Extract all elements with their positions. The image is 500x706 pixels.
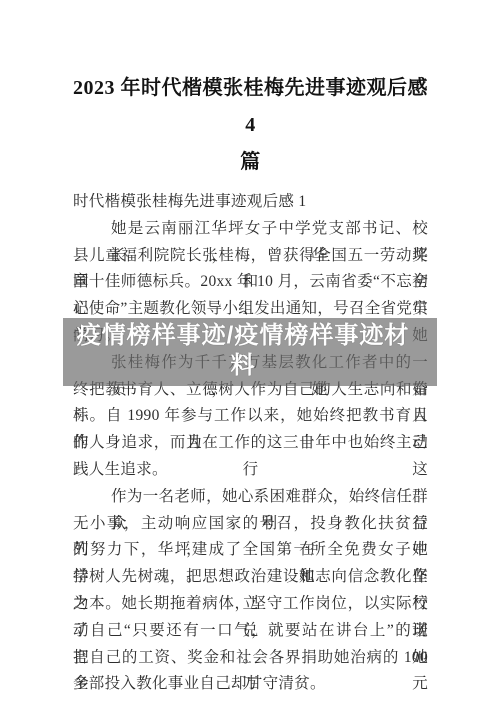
page: 2023 年时代楷模张桂梅先进事迹观后感 4 篇 时代楷模张桂梅先进事迹观后感 … bbox=[0, 0, 500, 706]
body-line: 把自己的工资、奖金和社会各界捐助她治病的 100 多万元 bbox=[73, 645, 428, 672]
body-line: 的努力下，华坪建成了全国第一所全免费女子中学。她坚 bbox=[73, 537, 428, 564]
document-title: 2023 年时代楷模张桂梅先进事迹观后感 4 篇 bbox=[73, 70, 428, 181]
body-line: 县儿童福利院院长张桂梅，曾获得全国五一劳动奖章和全 bbox=[73, 243, 428, 270]
body-line: 标。自 1990 年参与工作以来，她始终把教书育人作为自己 bbox=[73, 403, 428, 430]
body-line: 持树人先树魂，把思想政治建设和志向信念教化作为立校 bbox=[73, 564, 428, 591]
overlay-title-line-2: 料 bbox=[63, 351, 437, 381]
body-line: 之本。她长期拖着病体，坚守工作岗位，以实际行动兑现 bbox=[73, 591, 428, 618]
document-lines: 时代楷模张桂梅先进事迹观后感 1她是云南丽江华坪女子中学党支部书记、校长，华坪县… bbox=[73, 189, 428, 698]
body-line: 她是云南丽江华坪女子中学党支部书记、校长，华坪 bbox=[73, 216, 428, 243]
body-line: 了自己“只要还有一口气，就要站在讲台上”的诺言。她 bbox=[73, 618, 428, 645]
body-line: 国十佳师德标兵。20xx 年 10 月，云南省委“不忘初心、牢 bbox=[73, 269, 428, 296]
title-line-1: 2023 年时代楷模张桂梅先进事迹观后感 4 bbox=[73, 70, 428, 144]
body-line: 的人身追求，而且在工作的这三十年中也始终主动践行这 bbox=[73, 430, 428, 457]
body-line: 作为一名老师，她心系困难群众，始终信任群众利益 bbox=[73, 484, 428, 511]
overlay-banner: 疫情榜样事迹/疫情榜样事迹材 料 bbox=[63, 318, 437, 386]
overlay-title-line-1: 疫情榜样事迹/疫情榜样事迹材 bbox=[63, 321, 437, 351]
title-line-2: 篇 bbox=[73, 144, 428, 181]
body-line: 无小事，主动响应国家的号召，投身教化扶贫行列，在她 bbox=[73, 511, 428, 538]
section-heading: 时代楷模张桂梅先进事迹观后感 1 bbox=[73, 189, 428, 216]
